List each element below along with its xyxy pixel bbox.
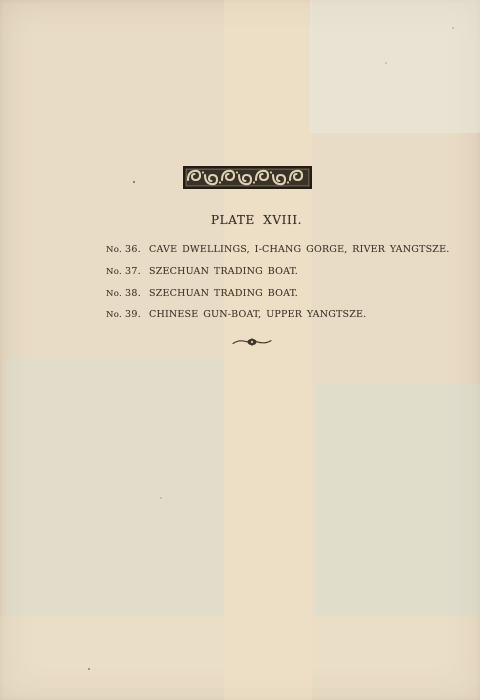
foliate-frieze-ornament: [183, 166, 312, 189]
entry-number: 37.: [125, 265, 149, 278]
paper-tone-patch: [224, 0, 312, 700]
paper-tone-patch: [310, 0, 480, 133]
entry-number: 36.: [125, 243, 149, 256]
entry-caption: CAVE DWELLINGS, I-CHANG GORGE, RIVER YAN…: [149, 243, 449, 256]
plate-title: PLATE XVIII.: [211, 212, 302, 229]
plate-entry: No. 37. SZECHUAN TRADING BOAT.: [106, 265, 298, 278]
paper-tone-patch: [0, 616, 480, 700]
book-page: PLATE XVIII. No. 36. CAVE DWELLINGS, I-C…: [0, 0, 480, 700]
paper-tone-patch: [6, 358, 224, 616]
fleuron-ornament: [232, 336, 272, 348]
paper-speck: [160, 497, 162, 499]
entry-caption: SZECHUAN TRADING BOAT.: [149, 287, 298, 300]
entry-number: 39.: [125, 308, 149, 321]
paper-speck: [133, 181, 135, 183]
entry-caption: SZECHUAN TRADING BOAT.: [149, 265, 298, 278]
entry-no-label: No.: [106, 309, 125, 322]
paper-tone-patch: [316, 384, 480, 616]
paper-speck: [88, 668, 90, 670]
plate-entry: No. 39. CHINESE GUN-BOAT, UPPER YANGTSZE…: [106, 308, 366, 321]
plate-entry: No. 38. SZECHUAN TRADING BOAT.: [106, 287, 298, 300]
paper-speck: [385, 62, 387, 64]
paper-speck: [452, 27, 454, 29]
plate-entry: No. 36. CAVE DWELLINGS, I-CHANG GORGE, R…: [106, 243, 449, 256]
entry-number: 38.: [125, 287, 149, 300]
entry-no-label: No.: [106, 288, 125, 301]
entry-no-label: No.: [106, 266, 125, 279]
entry-caption: CHINESE GUN-BOAT, UPPER YANGTSZE.: [149, 308, 366, 321]
entry-no-label: No.: [106, 244, 125, 257]
